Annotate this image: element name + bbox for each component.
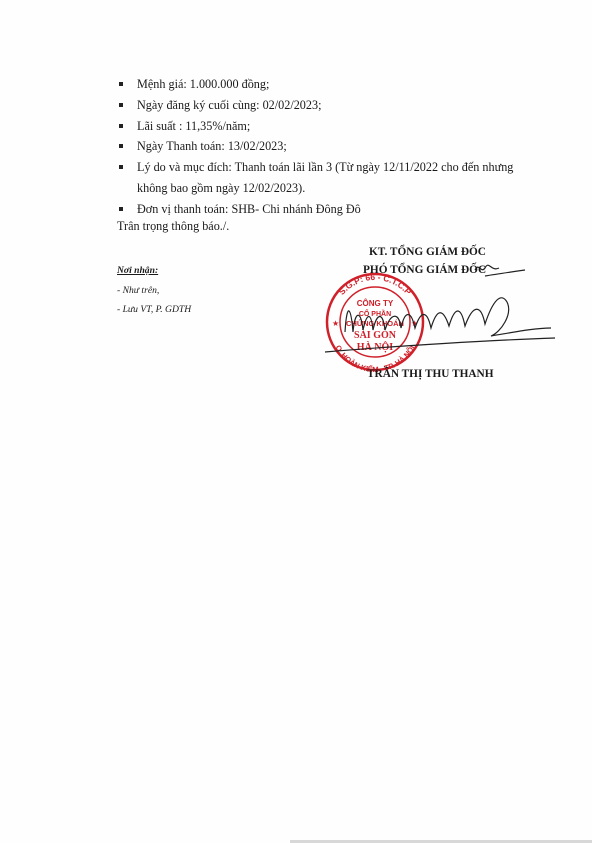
bullet-text: Lãi suất : 11,35%/năm; xyxy=(137,119,250,133)
signer-name: TRẦN THỊ THU THANH xyxy=(367,368,494,380)
svg-text:★: ★ xyxy=(332,319,339,328)
recipient-line: - Lưu VT, P. GDTH xyxy=(117,304,191,315)
bullet-square-icon xyxy=(119,165,123,169)
bullet-text: Lý do và mục đích: Thanh toán lãi lần 3 … xyxy=(137,160,513,195)
list-item: Lý do và mục đích: Thanh toán lãi lần 3 … xyxy=(117,157,527,199)
bullet-text: Đơn vị thanh toán: SHB- Chi nhánh Đông Đ… xyxy=(137,202,361,216)
signature-title-line1: KT. TỔNG GIÁM ĐỐC xyxy=(369,246,486,258)
bullet-square-icon xyxy=(119,124,123,128)
bullet-text: Mệnh giá: 1.000.000 đồng; xyxy=(137,77,269,91)
bullet-text: Ngày đăng ký cuối cùng: 02/02/2023; xyxy=(137,98,321,112)
closing-text: Trân trọng thông báo./. xyxy=(117,219,229,234)
list-item: Ngày Thanh toán: 13/02/2023; xyxy=(117,136,527,157)
document-page: Mệnh giá: 1.000.000 đồng; Ngày đăng ký c… xyxy=(0,0,592,843)
bullet-text: Ngày Thanh toán: 13/02/2023; xyxy=(137,139,287,153)
list-item: Mệnh giá: 1.000.000 đồng; xyxy=(117,74,527,95)
bullet-square-icon xyxy=(119,144,123,148)
recipients-block: Nơi nhận: - Như trên, - Lưu VT, P. GDTH xyxy=(117,265,191,323)
bullet-square-icon xyxy=(119,103,123,107)
svg-text:SÀI GÒN: SÀI GÒN xyxy=(354,329,397,341)
list-item: Đơn vị thanh toán: SHB- Chi nhánh Đông Đ… xyxy=(117,199,527,220)
payment-details-list: Mệnh giá: 1.000.000 đồng; Ngày đăng ký c… xyxy=(117,74,527,220)
signature-title-line2: PHÓ TỔNG GIÁM ĐỐC xyxy=(363,264,486,276)
list-item: Lãi suất : 11,35%/năm; xyxy=(117,116,527,137)
list-item: Ngày đăng ký cuối cùng: 02/02/2023; xyxy=(117,95,527,116)
bullet-square-icon xyxy=(119,207,123,211)
recipient-line: - Như trên, xyxy=(117,285,191,296)
signature-block: S.G.P: 66 - C.T.C.P Q. HOÀN KIẾM - TP. H… xyxy=(315,240,565,390)
svg-text:CÔNG TY: CÔNG TY xyxy=(357,299,394,308)
svg-text:CỔ PHẦN: CỔ PHẦN xyxy=(359,308,391,318)
recipients-title: Nơi nhận: xyxy=(117,265,191,276)
bullet-square-icon xyxy=(119,82,123,86)
